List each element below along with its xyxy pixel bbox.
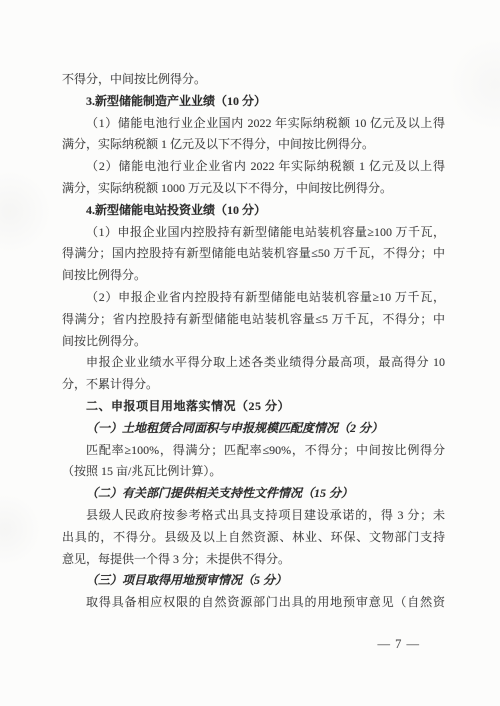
text-line: 得满分；省内控股持有新型储能电站装机容量≤5 万千瓦，不得分；中 bbox=[62, 309, 445, 331]
text-line: 出具的，不得分。县级及以上自然资源、林业、环保、文物部门支持 bbox=[62, 527, 445, 549]
text-line: 匹配率≥100%，得满分；匹配率≤90%，不得分；中间按比例得分 bbox=[62, 440, 445, 462]
text-line: 满分，实际纳税额 1 亿元及以下不得分，中间按比例得分。 bbox=[62, 134, 445, 156]
text-line: 3.新型储能制造产业业绩（10 分） bbox=[62, 91, 445, 113]
text-line: 县级人民政府按参考格式出具支持项目建设承诺的，得 3 分；未 bbox=[62, 505, 445, 527]
page-number: — 7 — bbox=[378, 636, 421, 652]
text-line: （一）土地租赁合同面积与申报规模匹配度情况（2 分） bbox=[62, 418, 445, 440]
text-line: （2）申报企业省内控股持有新型储能电站装机容量≥10 万千瓦， bbox=[62, 287, 445, 309]
text-line: 得满分；国内控股持有新型储能电站装机容量≤50 万千瓦，不得分；中 bbox=[62, 243, 445, 265]
text-line: （2）储能电池行业企业省内 2022 年实际纳税额 1 亿元及以上得 bbox=[62, 156, 445, 178]
text-line: （按照 15 亩/兆瓦比例计算）。 bbox=[62, 461, 445, 483]
text-line: 4.新型储能电站投资业绩（10 分） bbox=[62, 200, 445, 222]
document-page: 不得分，中间按比例得分。3.新型储能制造产业业绩（10 分）（1）储能电池行业企… bbox=[0, 0, 500, 706]
text-line: 间按比例得分。 bbox=[62, 331, 445, 353]
document-body: 不得分，中间按比例得分。3.新型储能制造产业业绩（10 分）（1）储能电池行业企… bbox=[62, 69, 445, 614]
text-line: 取得具备相应权限的自然资源部门出具的用地预审意见（自然资 bbox=[62, 592, 445, 614]
text-line: （1）储能电池行业企业国内 2022 年实际纳税额 10 亿元及以上得 bbox=[62, 113, 445, 135]
text-line: 申报企业业绩水平得分取上述各类业绩得分最高项，最高得分 10 bbox=[62, 352, 445, 374]
text-line: 不得分，中间按比例得分。 bbox=[62, 69, 445, 91]
text-line: （三）项目取得用地预审情况（5 分） bbox=[62, 570, 445, 592]
text-line: 分，不累计得分。 bbox=[62, 374, 445, 396]
text-line: （1）申报企业国内控股持有新型储能电站装机容量≥100 万千瓦， bbox=[62, 222, 445, 244]
text-line: 意见，每提供一个得 3 分；未提供不得分。 bbox=[62, 549, 445, 571]
text-line: 满分，实际纳税额 1000 万元及以下不得分，中间按比例得分。 bbox=[62, 178, 445, 200]
text-line: （二）有关部门提供相关支持性文件情况（15 分） bbox=[62, 483, 445, 505]
text-line: 二、申报项目用地落实情况（25 分） bbox=[62, 396, 445, 418]
text-line: 间按比例得分。 bbox=[62, 265, 445, 287]
